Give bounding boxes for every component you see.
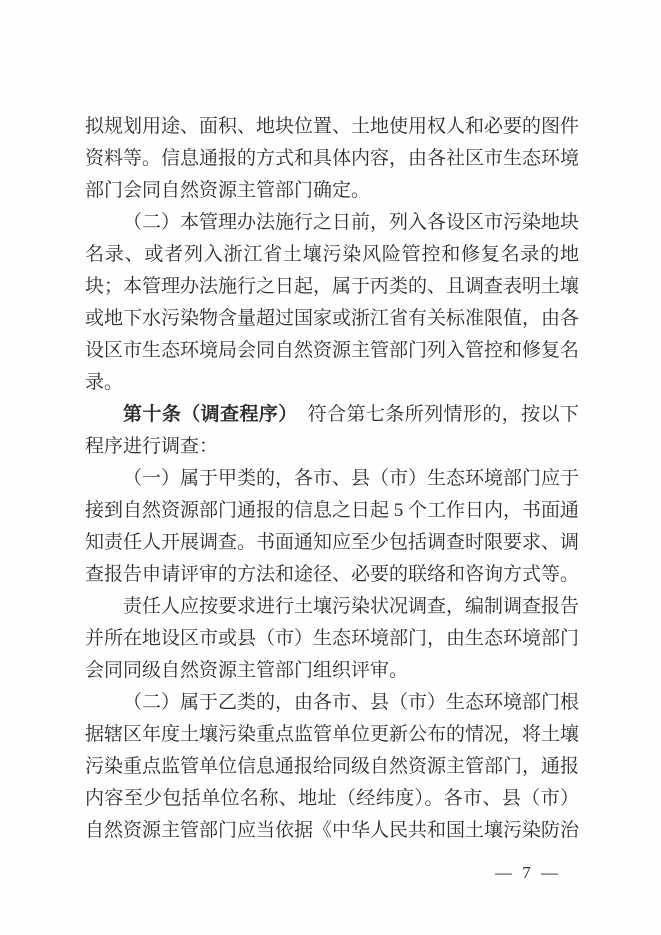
- paragraph: （二）本管理办法施行之日前，列入各设区市污染地块名录、或者列入浙江省土壤污染风险…: [85, 207, 579, 399]
- text-run: （二）本管理办法施行之日前，列入各设区市污染地块名录、或者列入浙江省土壤污染风险…: [85, 212, 579, 393]
- text-run: 责任人应按要求进行土壤污染状况调查，编制调查报告并所在地设区市或县（市）生态环境…: [85, 596, 579, 681]
- paragraph: 第十条（调查程序） 符合第七条所列情形的，按以下程序进行调查：: [85, 399, 579, 463]
- text-run: 拟规划用途、面积、地块位置、土地使用权人和必要的图件资料等。信息通报的方式和具体…: [85, 116, 579, 201]
- document-page: 拟规划用途、面积、地块位置、土地使用权人和必要的图件资料等。信息通报的方式和具体…: [0, 0, 661, 935]
- text-run: （一）属于甲类的，各市、县（市）生态环境部门应于接到自然资源部门通报的信息之日起…: [85, 468, 579, 585]
- paragraph: 责任人应按要求进行土壤污染状况调查，编制调查报告并所在地设区市或县（市）生态环境…: [85, 591, 579, 687]
- page-number: — 7 —: [495, 863, 561, 883]
- document-body: 拟规划用途、面积、地块位置、土地使用权人和必要的图件资料等。信息通报的方式和具体…: [85, 111, 579, 847]
- paragraph: （二）属于乙类的，由各市、县（市）生态环境部门根据辖区年度土壤污染重点监管单位更…: [85, 687, 579, 847]
- article-heading-run: 第十条（调查程序）: [123, 404, 288, 425]
- paragraph: 拟规划用途、面积、地块位置、土地使用权人和必要的图件资料等。信息通报的方式和具体…: [85, 111, 579, 207]
- paragraph: （一）属于甲类的，各市、县（市）生态环境部门应于接到自然资源部门通报的信息之日起…: [85, 463, 579, 591]
- text-run: （二）属于乙类的，由各市、县（市）生态环境部门根据辖区年度土壤污染重点监管单位更…: [85, 692, 579, 841]
